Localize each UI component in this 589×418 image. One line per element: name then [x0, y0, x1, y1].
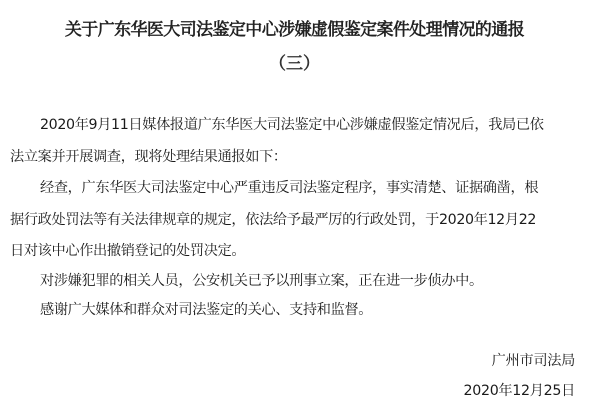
- paragraph-line: 2020年9月11日媒体报道广东华医大司法鉴定中心涉嫌虚假鉴定情况后，我局已依: [40, 114, 544, 134]
- paragraph-line: 对涉嫌犯罪的相关人员，公安机关已予以刑事立案，正在进一步侦办中。: [40, 270, 483, 290]
- paragraph-line: 感谢广大媒体和群众对司法鉴定的关心、支持和监督。: [40, 299, 372, 319]
- document-title: 关于广东华医大司法鉴定中心涉嫌虚假鉴定案件处理情况的通报: [0, 15, 589, 40]
- paragraph-line: 据行政处罚法等有关法律规章的规定，依法给予最严厉的行政处罚，于2020年12月2…: [10, 209, 536, 229]
- issuer-signature: 广州市司法局: [492, 350, 575, 370]
- document-subtitle: （三）: [0, 49, 589, 74]
- issue-date: 2020年12月25日: [464, 380, 575, 400]
- paragraph-line: 经查，广东华医大司法鉴定中心严重违反司法鉴定程序，事实清楚、证据确凿，根: [40, 177, 538, 197]
- paragraph-line: 日对该中心作出撤销登记的处罚决定。: [10, 240, 245, 260]
- paragraph-line: 法立案并开展调查，现将处理结果通报如下：: [10, 146, 287, 166]
